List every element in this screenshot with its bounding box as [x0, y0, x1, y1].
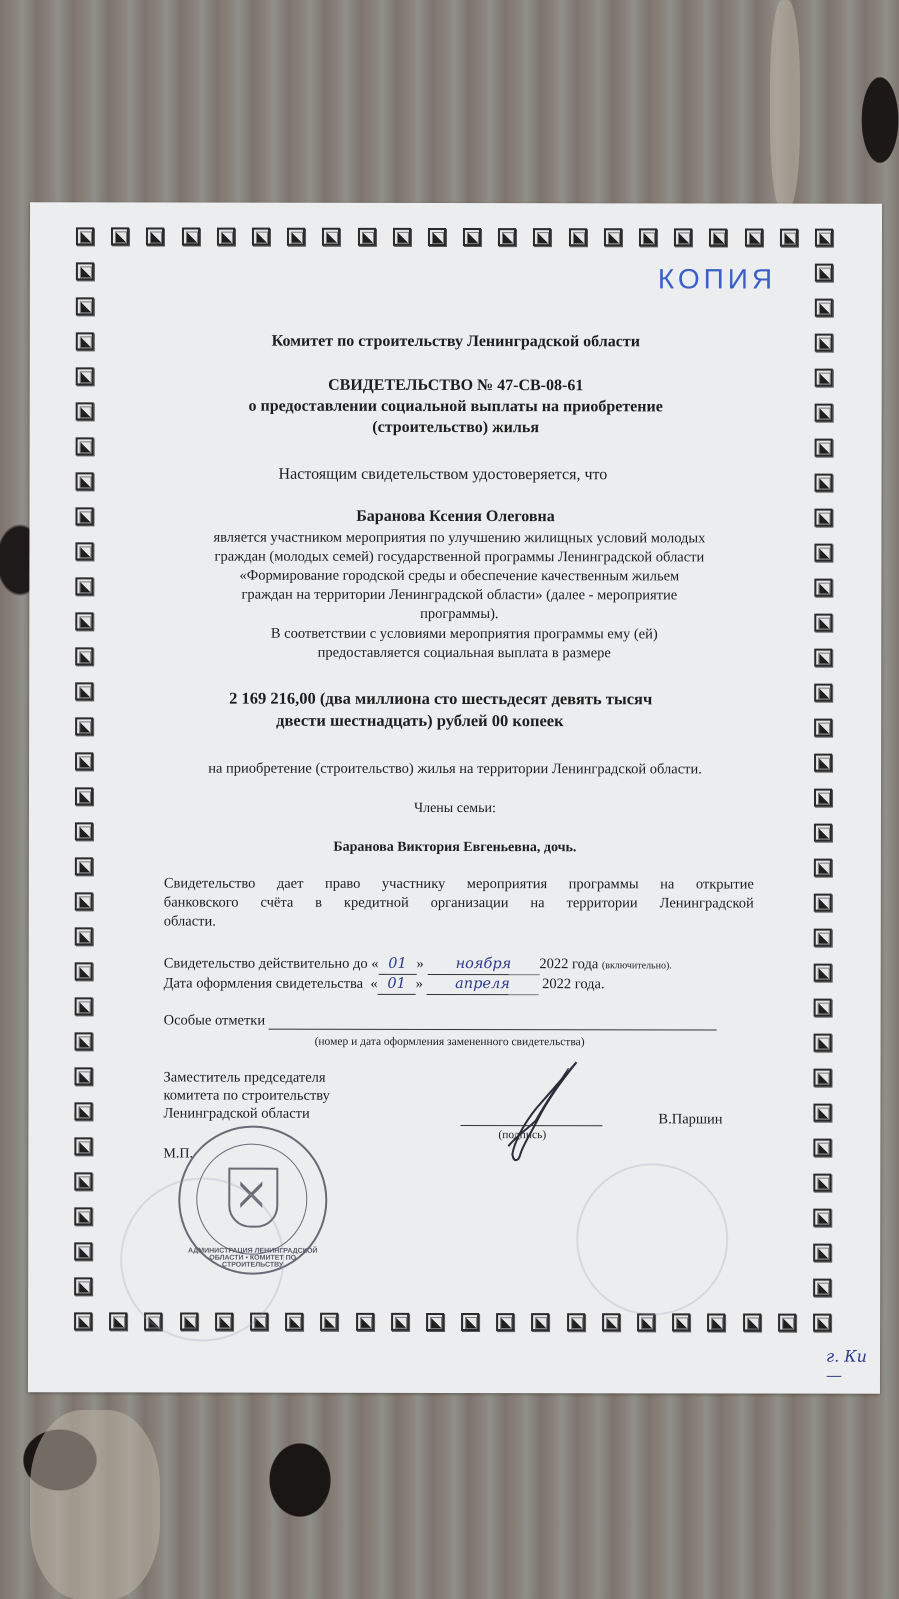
payment-intro-line: предоставляется социальная выплата в раз… — [199, 644, 729, 664]
certificate-title-block: СВИДЕТЕЛЬСТВО № 47-СВ-08-61 о предоставл… — [30, 374, 882, 438]
signatory-position: Заместитель председателя комитета по стр… — [163, 1068, 330, 1122]
certificate-title: СВИДЕТЕЛЬСТВО № 47-СВ-08-61 — [30, 374, 882, 396]
certificate-subtitle-2: (строительство) жилья — [30, 416, 882, 438]
intro-text: Настоящим свидетельством удостоверяется,… — [279, 466, 608, 485]
quote: » — [417, 956, 424, 972]
rights-text: Свидетельство дает право участнику мероп… — [164, 874, 754, 932]
amount-line-1: 2 169 216,00 (два миллиона сто шестьдеся… — [229, 688, 652, 711]
validity-year: 2022 года — [539, 956, 598, 972]
ghost-seal-right — [576, 1163, 728, 1315]
special-marks-field — [269, 1015, 717, 1031]
issue-date-label: Дата оформления свидетельства — [164, 975, 363, 991]
carpet-pattern — [770, 0, 800, 210]
amount-line-2: двести шестнадцать) рублей 00 копеек — [229, 710, 652, 733]
copy-stamp: КОПИЯ — [658, 263, 776, 295]
payment-intro: В соответствии с условиями мероприятия п… — [199, 625, 729, 664]
family-label: Члены семьи: — [29, 800, 881, 817]
special-marks-caption: (номер и дата оформления замененного сви… — [315, 1036, 585, 1048]
position-line: Заместитель председателя — [163, 1068, 329, 1086]
quote: » — [416, 976, 423, 992]
payment-intro-line: В соответствии с условиями мероприятия п… — [199, 625, 729, 645]
certificate-page: КОПИЯ Комитет по строительству Ленинград… — [28, 202, 882, 1393]
validity-label: Свидетельство действительно до — [164, 955, 368, 971]
document-body: КОПИЯ Комитет по строительству Ленинград… — [28, 202, 882, 1393]
signatory-name: В.Паршин — [658, 1111, 722, 1128]
position-line: Ленинградской области — [163, 1104, 329, 1122]
position-line: комитета по строительству — [163, 1086, 329, 1104]
validity-row: Свидетельство действительно до «01» нояб… — [164, 954, 672, 975]
quote: « — [371, 956, 378, 972]
special-marks-label: Особые отметки — [164, 1012, 266, 1028]
recipient-name: Баранова Ксения Олеговна — [29, 507, 881, 526]
program-description: является участником мероприятия по улучш… — [159, 528, 759, 624]
payment-amount: 2 169 216,00 (два миллиона сто шестьдеся… — [229, 688, 652, 733]
quote: « — [370, 976, 377, 992]
program-line: граждан (молодых семей) государственной … — [159, 547, 759, 567]
program-line: является участником мероприятия по улучш… — [159, 528, 759, 548]
rights-line: банковского счёта в кредитной организаци… — [164, 893, 754, 913]
program-line: «Формирование городской среды и обеспече… — [159, 566, 759, 586]
dates-block: Свидетельство действительно до «01» нояб… — [164, 954, 672, 995]
program-line: граждан на территории Ленинградской обла… — [159, 585, 759, 605]
issue-date-row: Дата оформления свидетельства «01» апрел… — [164, 974, 672, 995]
rights-line: Свидетельство дает право участнику мероп… — [164, 874, 754, 894]
purpose-text: на приобретение (строительство) жилья на… — [29, 760, 881, 778]
rights-line: области. — [164, 912, 754, 932]
special-marks-row: Особые отметки — [164, 1012, 717, 1030]
issue-day: 01 — [378, 975, 416, 995]
signature-icon — [468, 1058, 588, 1168]
ghost-seal-left — [120, 1177, 284, 1341]
program-line: программы). — [159, 604, 759, 624]
validity-month: ноября — [427, 955, 539, 975]
validity-note: (включительно). — [602, 960, 672, 971]
carpet-pattern — [30, 1410, 160, 1599]
family-member: Баранова Виктория Евгеньевна, дочь. — [29, 839, 881, 856]
handwritten-note: г. Ки— — [826, 1347, 880, 1385]
issue-year: 2022 года. — [542, 976, 605, 992]
certificate-subtitle-1: о предоставлении социальной выплаты на п… — [30, 395, 882, 417]
issue-month: апреля — [426, 975, 538, 995]
issuer-heading: Комитет по строительству Ленинградской о… — [30, 332, 882, 351]
validity-day: 01 — [379, 955, 417, 975]
